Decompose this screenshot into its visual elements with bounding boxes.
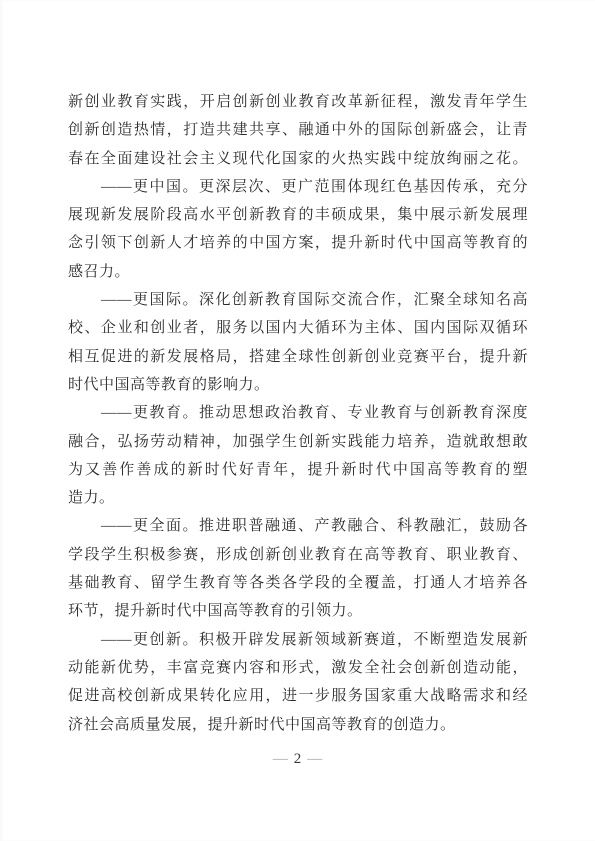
text-line: 济社会高质量发展，提升新时代中国高等教育的创造力。 bbox=[68, 711, 528, 739]
text-line: 创新创造热情，打造共建共享、融通中外的国际创新盛会，让青 bbox=[68, 116, 528, 144]
paragraph: 新创业教育实践，开启创新创业教育改革新征程，激发青年学生 创新创造热情，打造共建… bbox=[68, 88, 528, 173]
text-line: 基础教育、留学生教育等各类各学段的全覆盖，打通人才培养各 bbox=[68, 569, 528, 597]
text-line: ——更全面。推进职普融通、产教融合、科教融汇，鼓励各 bbox=[68, 512, 528, 540]
paragraph: ——更教育。推动思想政治教育、专业教育与创新教育深度 融合，弘扬劳动精神，加强学… bbox=[68, 399, 528, 512]
text-line: 促进高校创新成果转化应用，进一步服务国家重大战略需求和经 bbox=[68, 682, 528, 710]
text-line: 相互促进的新发展格局，搭建全球性创新创业竞赛平台，提升新 bbox=[68, 343, 528, 371]
paragraph: ——更国际。深化创新教育国际交流合作，汇聚全球知名高 校、企业和创业者，服务以国… bbox=[68, 286, 528, 399]
paragraph: ——更中国。更深层次、更广范围体现红色基因传承，充分 展现新发展阶段高水平创新教… bbox=[68, 173, 528, 286]
text-line: 感召力。 bbox=[68, 258, 528, 286]
text-line: 新创业教育实践，开启创新创业教育改革新征程，激发青年学生 bbox=[68, 88, 528, 116]
paragraph: ——更全面。推进职普融通、产教融合、科教融汇，鼓励各 学段学生积极参赛，形成创新… bbox=[68, 512, 528, 625]
text-line: 念引领下创新人才培养的中国方案，提升新时代中国高等教育的 bbox=[68, 229, 528, 257]
text-line: 动能新优势，丰富竞赛内容和形式，激发全社会创新创造动能， bbox=[68, 654, 528, 682]
text-line: 时代中国高等教育的影响力。 bbox=[68, 371, 528, 399]
text-line: 为又善作善成的新时代好青年，提升新时代中国高等教育的塑 bbox=[68, 456, 528, 484]
text-line: 校、企业和创业者，服务以国内大循环为主体、国内国际双循环 bbox=[68, 314, 528, 342]
text-line: 融合，弘扬劳动精神，加强学生创新实践能力培养，造就敢想敢 bbox=[68, 428, 528, 456]
page-number-dash-right: — bbox=[301, 751, 328, 767]
text-line: 春在全面建设社会主义现代化国家的火热实践中绽放绚丽之花。 bbox=[68, 145, 528, 173]
text-line: ——更教育。推动思想政治教育、专业教育与创新教育深度 bbox=[68, 399, 528, 427]
text-line: ——更中国。更深层次、更广范围体现红色基因传承，充分 bbox=[68, 173, 528, 201]
text-line: 展现新发展阶段高水平创新教育的丰硕成果，集中展示新发展理 bbox=[68, 201, 528, 229]
text-line: ——更国际。深化创新教育国际交流合作，汇聚全球知名高 bbox=[68, 286, 528, 314]
text-line: 学段学生积极参赛，形成创新创业教育在高等教育、职业教育、 bbox=[68, 541, 528, 569]
document-page: 新创业教育实践，开启创新创业教育改革新征程，激发青年学生 创新创造热情，打造共建… bbox=[0, 0, 595, 841]
text-line: 环节，提升新时代中国高等教育的引领力。 bbox=[68, 597, 528, 625]
body-text: 新创业教育实践，开启创新创业教育改革新征程，激发青年学生 创新创造热情，打造共建… bbox=[68, 88, 528, 739]
text-line: ——更创新。积极开辟发展新领域新赛道，不断塑造发展新 bbox=[68, 626, 528, 654]
paragraph: ——更创新。积极开辟发展新领域新赛道，不断塑造发展新 动能新优势，丰富竞赛内容和… bbox=[68, 626, 528, 739]
page-number: —2— bbox=[0, 745, 595, 773]
page-number-dash-left: — bbox=[267, 751, 294, 767]
text-line: 造力。 bbox=[68, 484, 528, 512]
